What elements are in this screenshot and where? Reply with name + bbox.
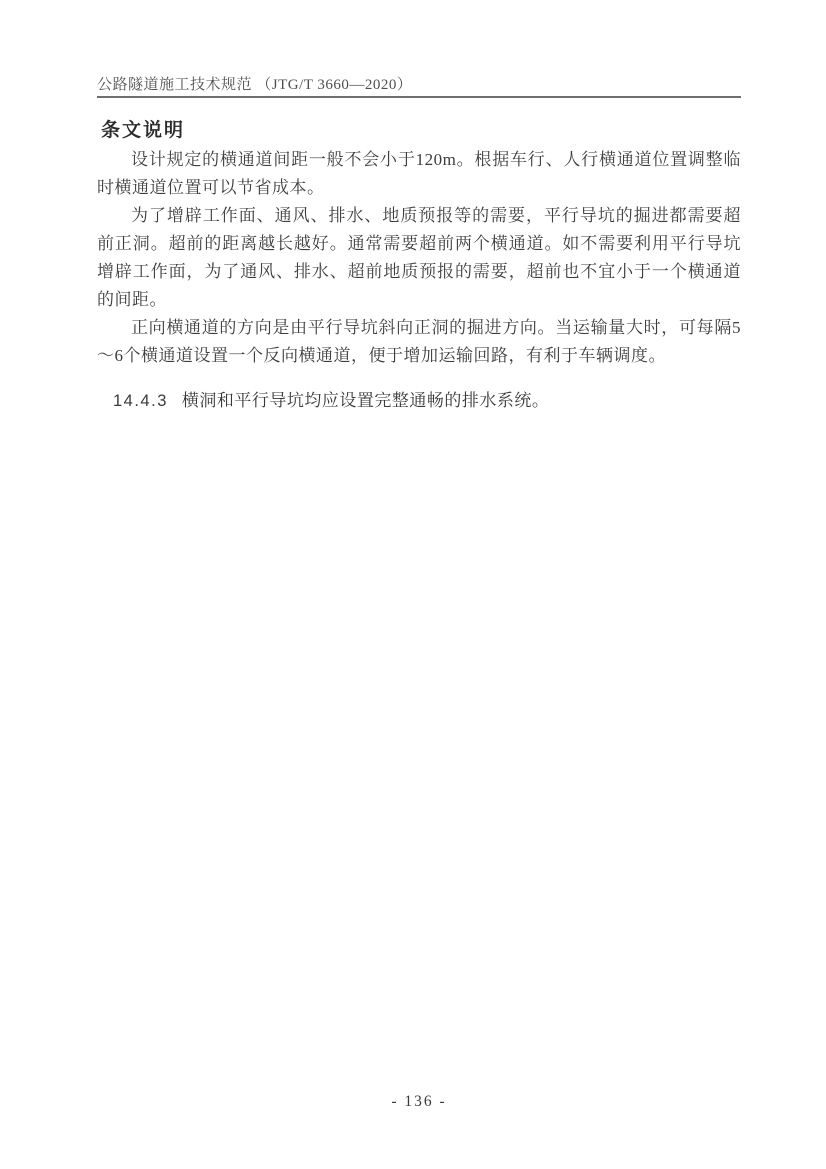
commentary-paragraph-1: 设计规定的横通道间距一般不会小于120m。根据车行、人行横通道位置调整临时横通道… — [97, 146, 741, 202]
page-number: - 136 - — [97, 1093, 741, 1111]
running-head-title: 公路隧道施工技术规范 （JTG/T 3660—2020） — [97, 0, 741, 94]
commentary-text-block: 设计规定的横通道间距一般不会小于120m。根据车行、人行横通道位置调整临时横通道… — [97, 146, 741, 370]
page-header: 公路隧道施工技术规范 （JTG/T 3660—2020） — [97, 0, 741, 98]
page-body: 条文说明 设计规定的横通道间距一般不会小于120m。根据车行、人行横通道位置调整… — [97, 120, 741, 415]
clause-number: 14.4.3 — [113, 392, 168, 410]
section-heading: 条文说明 — [101, 120, 741, 141]
commentary-paragraph-3: 正向横通道的方向是由平行导坑斜向正洞的掘进方向。当运输量大时，可每隔5～6个横通… — [97, 314, 741, 370]
commentary-paragraph-2: 为了增辟工作面、通风、排水、地质预报等的需要，平行导坑的掘进都需要超前正洞。超前… — [97, 202, 741, 314]
clause-line: 14.4.3横洞和平行导坑均应设置完整通畅的排水系统。 — [97, 387, 741, 415]
page-content: 公路隧道施工技术规范 （JTG/T 3660—2020） 条文说明 设计规定的横… — [97, 0, 741, 415]
clause-text: 横洞和平行导坑均应设置完整通畅的排水系统。 — [182, 391, 550, 410]
document-page: 公路隧道施工技术规范 （JTG/T 3660—2020） 条文说明 设计规定的横… — [0, 0, 826, 1169]
header-rule-divider — [97, 96, 741, 98]
